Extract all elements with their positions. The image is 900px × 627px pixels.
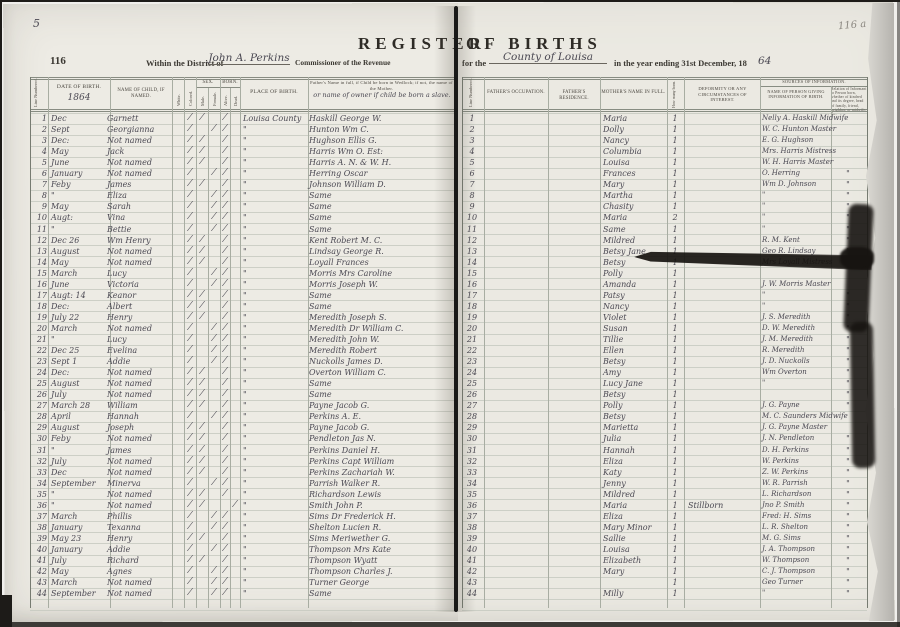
tick-female: ⁄ — [208, 124, 220, 135]
cell-mother-name: Hannah — [603, 445, 665, 456]
tick-colored: ⁄ — [184, 533, 196, 544]
tick-male: ⁄ — [196, 146, 208, 157]
tick-colored: ⁄ — [184, 566, 196, 577]
cell-child-name: Not named — [107, 389, 171, 400]
tick-born-alive: ⁄ — [220, 456, 230, 467]
cell-child-name: Not named — [107, 367, 171, 378]
tick-born-alive: ⁄ — [220, 356, 230, 367]
cell-how-many: 1 — [667, 433, 683, 444]
cell-place-of-birth: " — [243, 157, 305, 168]
cell-place-of-birth: " — [243, 467, 305, 478]
tick-colored: ⁄ — [184, 334, 196, 345]
cell-how-many: 1 — [667, 577, 683, 588]
cell-place-of-birth: " — [243, 400, 305, 411]
cell-date-of-birth: January — [51, 544, 107, 555]
tick-male: ⁄ — [196, 135, 208, 146]
cell-date-of-birth: " — [51, 190, 107, 201]
tick-female: ⁄ — [208, 588, 220, 599]
cell-place-of-birth: " — [243, 268, 305, 279]
gutter-shadow-left — [434, 6, 454, 612]
tick-colored: ⁄ — [184, 478, 196, 489]
cell-informant-relation: " — [836, 566, 860, 577]
cell-child-name: Minerva — [107, 478, 171, 489]
tick-colored: ⁄ — [184, 356, 196, 367]
tick-male: ⁄ — [196, 422, 208, 433]
cell-place-of-birth: " — [243, 301, 305, 312]
cell-place-of-birth: " — [243, 246, 305, 257]
tick-born-alive: ⁄ — [220, 190, 230, 201]
cell-place-of-birth: " — [243, 367, 305, 378]
cell-how-many: 2 — [667, 212, 683, 223]
tick-male: ⁄ — [196, 389, 208, 400]
cell-mother-name: Nancy — [603, 301, 665, 312]
tick-born-alive: ⁄ — [220, 246, 230, 257]
cell-place-of-birth: " — [243, 290, 305, 301]
tick-born-alive: ⁄ — [220, 489, 230, 500]
tick-colored: ⁄ — [184, 389, 196, 400]
cell-how-many: 1 — [667, 312, 683, 323]
cell-date-of-birth: Dec: — [51, 301, 107, 312]
cell-child-name: Not named — [107, 588, 171, 599]
cell-child-name: Not named — [107, 257, 171, 268]
tick-colored: ⁄ — [184, 577, 196, 588]
cell-place-of-birth: " — [243, 378, 305, 389]
cell-mother-name: Elizabeth — [603, 555, 665, 566]
cell-child-name: Not named — [107, 378, 171, 389]
cell-child-name: Hannah — [107, 411, 171, 422]
cell-mother-name: Dolly — [603, 124, 665, 135]
cell-informant: W. C. Hunton Master — [762, 124, 862, 135]
cell-line-number: 25 — [31, 378, 47, 389]
cell-mother-name: Polly — [603, 400, 665, 411]
tick-colored: ⁄ — [184, 135, 196, 146]
tick-male: ⁄ — [196, 235, 208, 246]
tick-born-dead: ⁄ — [230, 500, 240, 511]
cell-date-of-birth: May — [51, 566, 107, 577]
tick-colored: ⁄ — [184, 367, 196, 378]
tick-male: ⁄ — [196, 500, 208, 511]
tick-male: ⁄ — [196, 555, 208, 566]
gutter-shadow-right — [458, 6, 476, 612]
cell-how-many: 1 — [667, 168, 683, 179]
cell-child-name: Sarah — [107, 201, 171, 212]
cell-place-of-birth: " — [243, 224, 305, 235]
tick-born-alive: ⁄ — [220, 467, 230, 478]
cell-date-of-birth: March — [51, 323, 107, 334]
tick-colored: ⁄ — [184, 345, 196, 356]
tick-born-alive: ⁄ — [220, 212, 230, 223]
cell-mother-name: Mary — [603, 566, 665, 577]
tick-male: ⁄ — [196, 113, 208, 124]
cell-line-number: 32 — [31, 456, 47, 467]
cell-mother-name: Martha — [603, 190, 665, 201]
cell-place-of-birth: " — [243, 500, 305, 511]
cell-date-of-birth: August — [51, 422, 107, 433]
tick-born-alive: ⁄ — [220, 168, 230, 179]
cell-line-number: 37 — [31, 511, 47, 522]
cell-how-many: 1 — [667, 566, 683, 577]
tick-female: ⁄ — [208, 334, 220, 345]
cell-date-of-birth: May — [51, 257, 107, 268]
cell-mother-name: Eliza — [603, 456, 665, 467]
cell-how-many: 1 — [667, 588, 683, 599]
tick-male: ⁄ — [196, 157, 208, 168]
cell-place-of-birth: " — [243, 555, 305, 566]
cell-line-number: 23 — [31, 356, 47, 367]
cell-date-of-birth: Dec — [51, 467, 107, 478]
cell-mother-name: Maria — [603, 500, 665, 511]
cell-informant: Nelly A. Haskill Midwife — [762, 113, 862, 124]
tick-colored: ⁄ — [184, 301, 196, 312]
ink-blot-knot — [840, 247, 874, 269]
tick-female: ⁄ — [208, 411, 220, 422]
cell-mother-name: Mary Minor — [603, 522, 665, 533]
cell-line-number: 29 — [31, 422, 47, 433]
cell-mother-name: Betsy — [603, 389, 665, 400]
cell-child-name: Evelina — [107, 345, 171, 356]
cell-child-name: Jack — [107, 146, 171, 157]
tick-born-alive: ⁄ — [220, 157, 230, 168]
tick-female: ⁄ — [208, 511, 220, 522]
cell-line-number: 17 — [31, 290, 47, 301]
cell-line-number: 21 — [31, 334, 47, 345]
cell-child-name: Not named — [107, 489, 171, 500]
cell-child-name: Not named — [107, 323, 171, 334]
tick-male: ⁄ — [196, 433, 208, 444]
cell-place-of-birth: " — [243, 323, 305, 334]
cell-line-number: 24 — [31, 367, 47, 378]
cell-informant: E. G. Hughson — [762, 135, 862, 146]
cell-line-number: 12 — [31, 235, 47, 246]
cell-line-number: 20 — [31, 323, 47, 334]
cell-how-many: 1 — [667, 544, 683, 555]
cell-how-many: 1 — [667, 389, 683, 400]
tick-male: ⁄ — [196, 301, 208, 312]
cell-child-name: Not named — [107, 433, 171, 444]
cell-mother-name: Maria — [603, 113, 665, 124]
tick-born-alive: ⁄ — [220, 323, 230, 334]
cell-mother-name: Polly — [603, 268, 665, 279]
tick-colored: ⁄ — [184, 445, 196, 456]
tick-colored: ⁄ — [184, 157, 196, 168]
cell-informant-relation: " — [836, 478, 860, 489]
cell-line-number: 5 — [31, 157, 47, 168]
cell-date-of-birth: September — [51, 478, 107, 489]
cell-place-of-birth: " — [243, 334, 305, 345]
scanned-register-page: { "register": { "corner_marks": { "top_l… — [0, 0, 900, 627]
tick-female: ⁄ — [208, 268, 220, 279]
cell-how-many: 1 — [667, 190, 683, 201]
cell-informant-relation: " — [836, 179, 860, 190]
cell-place-of-birth: " — [243, 544, 305, 555]
tick-born-alive: ⁄ — [220, 201, 230, 212]
cell-mother-name: Marietta — [603, 422, 665, 433]
cell-date-of-birth: July — [51, 555, 107, 566]
tick-born-alive: ⁄ — [220, 544, 230, 555]
scan-edge-left — [0, 0, 2, 627]
cell-date-of-birth: Dec: — [51, 367, 107, 378]
cell-place-of-birth: " — [243, 312, 305, 323]
cell-line-number: 4 — [31, 146, 47, 157]
tick-colored: ⁄ — [184, 489, 196, 500]
cell-informant: J. G. Payne Master — [762, 422, 862, 433]
cell-child-name: Not named — [107, 500, 171, 511]
tick-male: ⁄ — [196, 290, 208, 301]
cell-child-name: Addie — [107, 356, 171, 367]
cell-informant: Mrs. Harris Mistress — [762, 146, 862, 157]
cell-how-many: 1 — [667, 290, 683, 301]
tick-male: ⁄ — [196, 367, 208, 378]
tick-born-alive: ⁄ — [220, 411, 230, 422]
tick-colored: ⁄ — [184, 268, 196, 279]
cell-place-of-birth: " — [243, 124, 305, 135]
cell-line-number: 36 — [31, 500, 47, 511]
cell-how-many: 1 — [667, 511, 683, 522]
cell-date-of-birth: March — [51, 577, 107, 588]
cell-mother-name: Jenny — [603, 478, 665, 489]
tick-born-alive: ⁄ — [220, 235, 230, 246]
cell-informant-relation: " — [836, 544, 860, 555]
cell-mother-name: Betsy — [603, 411, 665, 422]
cell-how-many: 1 — [667, 201, 683, 212]
cell-child-name: Not named — [107, 577, 171, 588]
cell-child-name: Henry — [107, 312, 171, 323]
cell-how-many: 1 — [667, 500, 683, 511]
tick-born-alive: ⁄ — [220, 312, 230, 323]
tick-colored: ⁄ — [184, 290, 196, 301]
cell-mother-name: Violet — [603, 312, 665, 323]
cell-place-of-birth: " — [243, 235, 305, 246]
cell-mother-name: Milly — [603, 588, 665, 599]
tick-born-alive: ⁄ — [220, 146, 230, 157]
cell-place-of-birth: " — [243, 168, 305, 179]
cell-place-of-birth: " — [243, 411, 305, 422]
cell-child-name: Henry — [107, 533, 171, 544]
cell-child-name: Phillis — [107, 511, 171, 522]
cell-date-of-birth: " — [51, 334, 107, 345]
cell-date-of-birth: May — [51, 146, 107, 157]
cell-child-name: Garnett — [107, 113, 171, 124]
tick-colored: ⁄ — [184, 168, 196, 179]
cell-child-name: Not named — [107, 157, 171, 168]
tick-born-alive: ⁄ — [220, 445, 230, 456]
cell-informant-relation: " — [836, 500, 860, 511]
cell-place-of-birth: " — [243, 422, 305, 433]
cell-place-of-birth: " — [243, 201, 305, 212]
tick-born-alive: ⁄ — [220, 124, 230, 135]
cell-informant-relation: " — [836, 511, 860, 522]
cell-date-of-birth: March — [51, 268, 107, 279]
cell-date-of-birth: " — [51, 445, 107, 456]
cell-how-many: 1 — [667, 555, 683, 566]
tick-born-alive: ⁄ — [220, 290, 230, 301]
cell-place-of-birth: " — [243, 257, 305, 268]
cell-how-many: 1 — [667, 334, 683, 345]
scan-corner-blot — [0, 595, 12, 627]
cell-child-name: Vina — [107, 212, 171, 223]
cell-place-of-birth: " — [243, 389, 305, 400]
cell-place-of-birth: " — [243, 146, 305, 157]
cell-place-of-birth: " — [243, 566, 305, 577]
cell-line-number: 28 — [31, 411, 47, 422]
cell-mother-name: Amy — [603, 367, 665, 378]
tick-born-alive: ⁄ — [220, 268, 230, 279]
tick-colored: ⁄ — [184, 467, 196, 478]
cell-place-of-birth: " — [243, 135, 305, 146]
cell-child-name: James — [107, 179, 171, 190]
cell-line-number: 26 — [31, 389, 47, 400]
cell-line-number: 13 — [31, 246, 47, 257]
tick-born-alive: ⁄ — [220, 478, 230, 489]
cell-mother-name: Louisa — [603, 157, 665, 168]
tick-born-alive: ⁄ — [220, 179, 230, 190]
cell-date-of-birth: Augt: — [51, 212, 107, 223]
tick-male: ⁄ — [196, 378, 208, 389]
tick-colored: ⁄ — [184, 500, 196, 511]
cell-place-of-birth: " — [243, 456, 305, 467]
tick-colored: ⁄ — [184, 422, 196, 433]
cell-date-of-birth: September — [51, 588, 107, 599]
cell-how-many: 1 — [667, 345, 683, 356]
scan-edge-bottom — [0, 622, 900, 627]
cell-mother-name: Betsy — [603, 356, 665, 367]
cell-line-number: 18 — [31, 301, 47, 312]
tick-colored: ⁄ — [184, 124, 196, 135]
tick-born-alive: ⁄ — [220, 367, 230, 378]
cell-place-of-birth: " — [243, 588, 305, 599]
cell-how-many: 1 — [667, 157, 683, 168]
cell-date-of-birth: Feby — [51, 433, 107, 444]
cell-place-of-birth: " — [243, 345, 305, 356]
cell-place-of-birth: " — [243, 533, 305, 544]
cell-date-of-birth: June — [51, 157, 107, 168]
cell-mother-name: Tillie — [603, 334, 665, 345]
tick-born-alive: ⁄ — [220, 135, 230, 146]
tick-female: ⁄ — [208, 544, 220, 555]
cell-child-name: Keanor — [107, 290, 171, 301]
cell-child-name: Not named — [107, 246, 171, 257]
cell-line-number: 33 — [31, 467, 47, 478]
tick-male: ⁄ — [196, 489, 208, 500]
cell-mother-name: Patsy — [603, 290, 665, 301]
cell-line-number: 6 — [31, 168, 47, 179]
tick-male: ⁄ — [196, 179, 208, 190]
tick-female: ⁄ — [208, 212, 220, 223]
cell-line-number: 10 — [31, 212, 47, 223]
cell-date-of-birth: Sept — [51, 124, 107, 135]
tick-born-alive: ⁄ — [220, 422, 230, 433]
cell-mother-name: Ellen — [603, 345, 665, 356]
cell-date-of-birth: " — [51, 224, 107, 235]
cell-mother-name: Same — [603, 224, 665, 235]
cell-line-number: 31 — [31, 445, 47, 456]
tick-male: ⁄ — [196, 467, 208, 478]
cell-date-of-birth: July 22 — [51, 312, 107, 323]
cell-child-name: Albert — [107, 301, 171, 312]
tick-colored: ⁄ — [184, 190, 196, 201]
tick-colored: ⁄ — [184, 400, 196, 411]
cell-line-number: 9 — [31, 201, 47, 212]
tick-male: ⁄ — [196, 246, 208, 257]
cell-child-name: Victoria — [107, 279, 171, 290]
cell-line-number: 43 — [31, 577, 47, 588]
cell-mother-name: Mildred — [603, 489, 665, 500]
cell-place-of-birth: " — [243, 522, 305, 533]
cell-line-number: 27 — [31, 400, 47, 411]
cell-place-of-birth: Louisa County — [243, 113, 305, 124]
tick-colored: ⁄ — [184, 201, 196, 212]
cell-how-many: 1 — [667, 179, 683, 190]
cell-how-many: 1 — [667, 378, 683, 389]
cell-child-name: Eliza — [107, 190, 171, 201]
tick-born-alive: ⁄ — [220, 533, 230, 544]
cell-place-of-birth: " — [243, 356, 305, 367]
cell-date-of-birth: Dec 26 — [51, 235, 107, 246]
cell-how-many: 1 — [667, 445, 683, 456]
tick-colored: ⁄ — [184, 378, 196, 389]
cell-date-of-birth: May 23 — [51, 533, 107, 544]
cell-how-many: 1 — [667, 224, 683, 235]
scan-edge-top — [0, 0, 900, 2]
cell-mother-name: Columbia — [603, 146, 665, 157]
cell-place-of-birth: " — [243, 478, 305, 489]
cell-child-name: Texanna — [107, 522, 171, 533]
cell-child-name: Not named — [107, 456, 171, 467]
cell-line-number: 44 — [31, 588, 47, 599]
cell-informant: W. H. Harris Master — [762, 157, 862, 168]
cell-date-of-birth: Dec 25 — [51, 345, 107, 356]
cell-how-many: 1 — [667, 478, 683, 489]
cell-date-of-birth: Dec — [51, 113, 107, 124]
cell-how-many: 1 — [667, 400, 683, 411]
tick-male: ⁄ — [196, 400, 208, 411]
cell-date-of-birth: Dec: — [51, 135, 107, 146]
tick-colored: ⁄ — [184, 235, 196, 246]
cell-date-of-birth: Augt: 14 — [51, 290, 107, 301]
cell-date-of-birth: March — [51, 511, 107, 522]
cell-place-of-birth: " — [243, 445, 305, 456]
cell-date-of-birth: May — [51, 201, 107, 212]
tick-born-alive: ⁄ — [220, 224, 230, 235]
tick-female: ⁄ — [208, 323, 220, 334]
cell-place-of-birth: " — [243, 433, 305, 444]
cell-place-of-birth: " — [243, 212, 305, 223]
cell-mother-name: Eliza — [603, 511, 665, 522]
tick-born-alive: ⁄ — [220, 334, 230, 345]
cell-line-number: 1 — [31, 113, 47, 124]
cell-informant-relation: " — [836, 190, 860, 201]
tick-born-alive: ⁄ — [220, 577, 230, 588]
cell-line-number: 15 — [31, 268, 47, 279]
tick-female: ⁄ — [208, 577, 220, 588]
cell-date-of-birth: January — [51, 168, 107, 179]
register-of-births-scan: 5 116 a REGISTER OF BIRTHS 116 Within th… — [0, 0, 900, 627]
tick-female: ⁄ — [208, 279, 220, 290]
cell-date-of-birth: " — [51, 489, 107, 500]
cell-date-of-birth: July — [51, 389, 107, 400]
tick-born-alive: ⁄ — [220, 389, 230, 400]
tick-born-alive: ⁄ — [220, 345, 230, 356]
tick-colored: ⁄ — [184, 323, 196, 334]
tick-female: ⁄ — [208, 522, 220, 533]
cell-child-name: Agnes — [107, 566, 171, 577]
cell-line-number: 39 — [31, 533, 47, 544]
cell-how-many: 1 — [667, 279, 683, 290]
tick-colored: ⁄ — [184, 246, 196, 257]
tick-born-alive: ⁄ — [220, 511, 230, 522]
cell-mother-name: Amanda — [603, 279, 665, 290]
tick-born-alive: ⁄ — [220, 433, 230, 444]
